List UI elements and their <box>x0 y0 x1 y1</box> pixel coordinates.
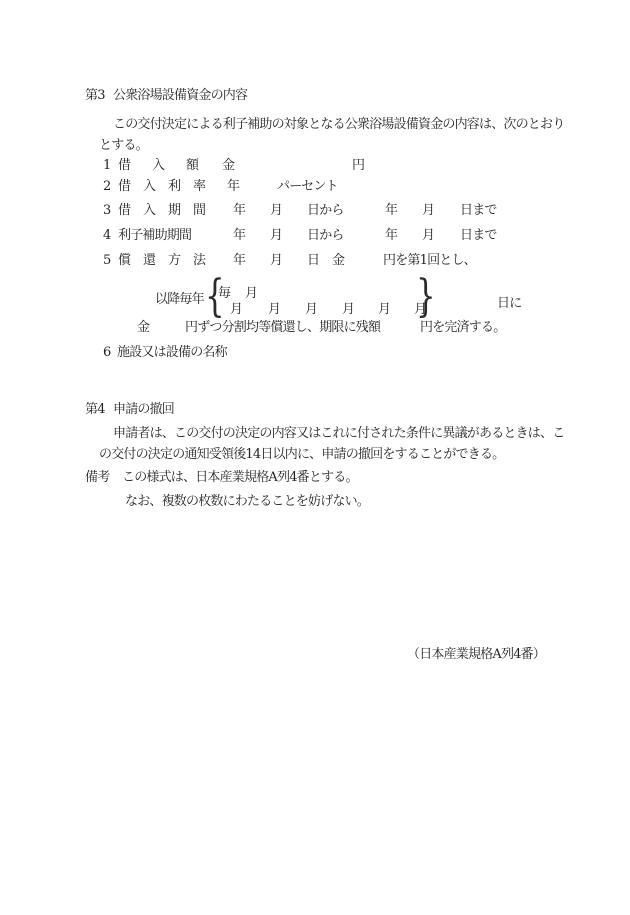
repayment-months-bottom-row-text: 月 <box>268 303 280 317</box>
section4-body-line1: 申請者は、この交付の決定の内容又はこれに付された条件に異議があるときは、こ <box>0 427 630 441</box>
item2-interest-rate-text: 入 <box>143 180 155 194</box>
item5-repayment-method-text: 月 <box>270 254 282 268</box>
section4-body-line2-text: の交付の決定の通知受領後14日以内に、申請の撤回をすることができる。 <box>99 448 504 462</box>
item5-repayment-method-text: 年 <box>233 254 245 268</box>
section4-heading-text: 申請の撤回 <box>113 403 174 417</box>
repayment-close-brace: } <box>416 275 436 319</box>
section3-heading: 第3公衆浴場設備資金の内容 <box>0 89 630 103</box>
section3-heading-text: 第3 <box>85 89 105 103</box>
section3-body-line2-text: とする。 <box>99 139 148 153</box>
item1-loan-amount: 1借入額金円 <box>0 159 630 173</box>
section4-heading: 第4申請の撤回 <box>0 403 630 417</box>
item1-loan-amount-text: 額 <box>186 159 198 173</box>
item4-interest-subsidy-period-text: 月 <box>422 229 434 243</box>
item5-repayment-method-text: 円を第1回とし、 <box>383 254 476 268</box>
item3-loan-period-text: 月 <box>270 204 282 218</box>
item3-loan-period-text: 日から <box>307 204 344 218</box>
item2-interest-rate-text: 利 <box>168 180 180 194</box>
item5-repayment-method-text: 償 <box>118 254 130 268</box>
item5-repayment-method-text: 金 <box>332 254 344 268</box>
section3-body-line2: とする。 <box>0 139 630 153</box>
item3-loan-period-text: 年 <box>385 204 397 218</box>
section4-body-line2: の交付の決定の通知受領後14日以内に、申請の撤回をすることができる。 <box>0 448 630 462</box>
remarks-line2: なお、複数の枚数にわたることを妨げない。 <box>0 495 630 509</box>
item2-interest-rate-text: 率 <box>193 180 205 194</box>
item3-loan-period-text: 入 <box>143 204 155 218</box>
item1-loan-amount-text: 円 <box>352 159 364 173</box>
remarks-line1: 備考この様式は、日本産業規格A列4番とする。 <box>0 471 630 485</box>
repayment-open-brace: { <box>205 275 225 319</box>
item5-repayment-method-text: 方 <box>168 254 180 268</box>
item3-loan-period-text: 3 <box>103 204 110 218</box>
item4-interest-subsidy-period: 4利子補助期間年月日から年月日まで <box>0 229 630 243</box>
section3-heading-text: 公衆浴場設備資金の内容 <box>113 89 247 103</box>
item2-interest-rate-text: 年 <box>227 180 239 194</box>
item5-repayment-method-text: 5 <box>103 254 110 268</box>
item1-loan-amount-text: 金 <box>222 159 234 173</box>
document-page: 第3公衆浴場設備資金の内容この交付決定による利子補助の対象となる公衆浴場設備資金… <box>0 0 630 915</box>
item4-interest-subsidy-period-text: 年 <box>233 229 245 243</box>
item2-interest-rate-text: 借 <box>118 180 130 194</box>
remarks-line2-text: なお、複数の枚数にわたることを妨げない。 <box>125 495 369 509</box>
repayment-months-bottom-row-text: 月 <box>305 303 317 317</box>
item3-loan-period-text: 借 <box>118 204 130 218</box>
item4-interest-subsidy-period-text: 年 <box>385 229 397 243</box>
repayment-months-bottom-row-text: 月 <box>230 303 242 317</box>
item4-interest-subsidy-period-text: 日から <box>307 229 344 243</box>
item3-loan-period-text: 年 <box>233 204 245 218</box>
item5-repayment-method-text: 還 <box>143 254 155 268</box>
item4-interest-subsidy-period-text: 4 <box>103 229 110 243</box>
repayment-months-bottom-row-text: 月 <box>378 303 390 317</box>
item3-loan-period: 3借入期間年月日から年月日まで <box>0 204 630 218</box>
item3-loan-period-text: 日まで <box>460 204 497 218</box>
repayment-amount-line-text: 円ずつ分割均等償還し、期限に残額 <box>185 321 380 335</box>
section4-heading-text: 第4 <box>85 403 105 417</box>
item6-facility-name-text: 6 <box>103 346 110 360</box>
repayment-amount-line: 金円ずつ分割均等償還し、期限に残額円を完済する。 <box>0 321 630 335</box>
item6-facility-name: 6施設又は設備の名称 <box>0 346 630 360</box>
section4-body-line1-text: 申請者は、この交付の決定の内容又はこれに付された条件に異議があるときは、こ <box>113 427 564 441</box>
item2-interest-rate-text: 2 <box>103 180 110 194</box>
item1-loan-amount-text: 入 <box>152 159 164 173</box>
remarks-line1-text: この様式は、日本産業規格A列4番とする。 <box>122 471 358 485</box>
item1-loan-amount-text: 借 <box>118 159 130 173</box>
item6-facility-name-text: 施設又は設備の名称 <box>117 346 227 360</box>
repayment-months-bottom-row-text: 月 <box>342 303 354 317</box>
repayment-amount-line-text: 円を完済する。 <box>420 321 505 335</box>
item5-repayment-method-text: 法 <box>193 254 205 268</box>
repayment-months-bottom-row: 月月月月月月 <box>0 303 630 317</box>
section3-body-line1-text: この交付決定による利子補助の対象となる公衆浴場設備資金の内容は、次のとおり <box>113 118 564 132</box>
repayment-amount-line-text: 金 <box>137 321 149 335</box>
item3-loan-period-text: 間 <box>193 204 205 218</box>
item1-loan-amount-text: 1 <box>103 159 110 173</box>
item3-loan-period-text: 期 <box>168 204 180 218</box>
paper-size-footnote-text: （日本産業規格A列4番） <box>407 648 545 662</box>
item4-interest-subsidy-period-text: 利子補助期間 <box>118 229 191 243</box>
item4-interest-subsidy-period-text: 月 <box>270 229 282 243</box>
item2-interest-rate-text: パーセント <box>277 180 338 194</box>
item5-repayment-method-text: 日 <box>307 254 319 268</box>
item3-loan-period-text: 月 <box>422 204 434 218</box>
item4-interest-subsidy-period-text: 日まで <box>460 229 497 243</box>
paper-size-footnote: （日本産業規格A列4番） <box>0 648 630 662</box>
item5-repayment-method: 5償還方法年月日金円を第1回とし、 <box>0 254 630 268</box>
remarks-line1-text: 備考 <box>85 471 109 485</box>
section3-body-line1: この交付決定による利子補助の対象となる公衆浴場設備資金の内容は、次のとおり <box>0 118 630 132</box>
item2-interest-rate: 2借入利率年パーセント <box>0 180 630 194</box>
